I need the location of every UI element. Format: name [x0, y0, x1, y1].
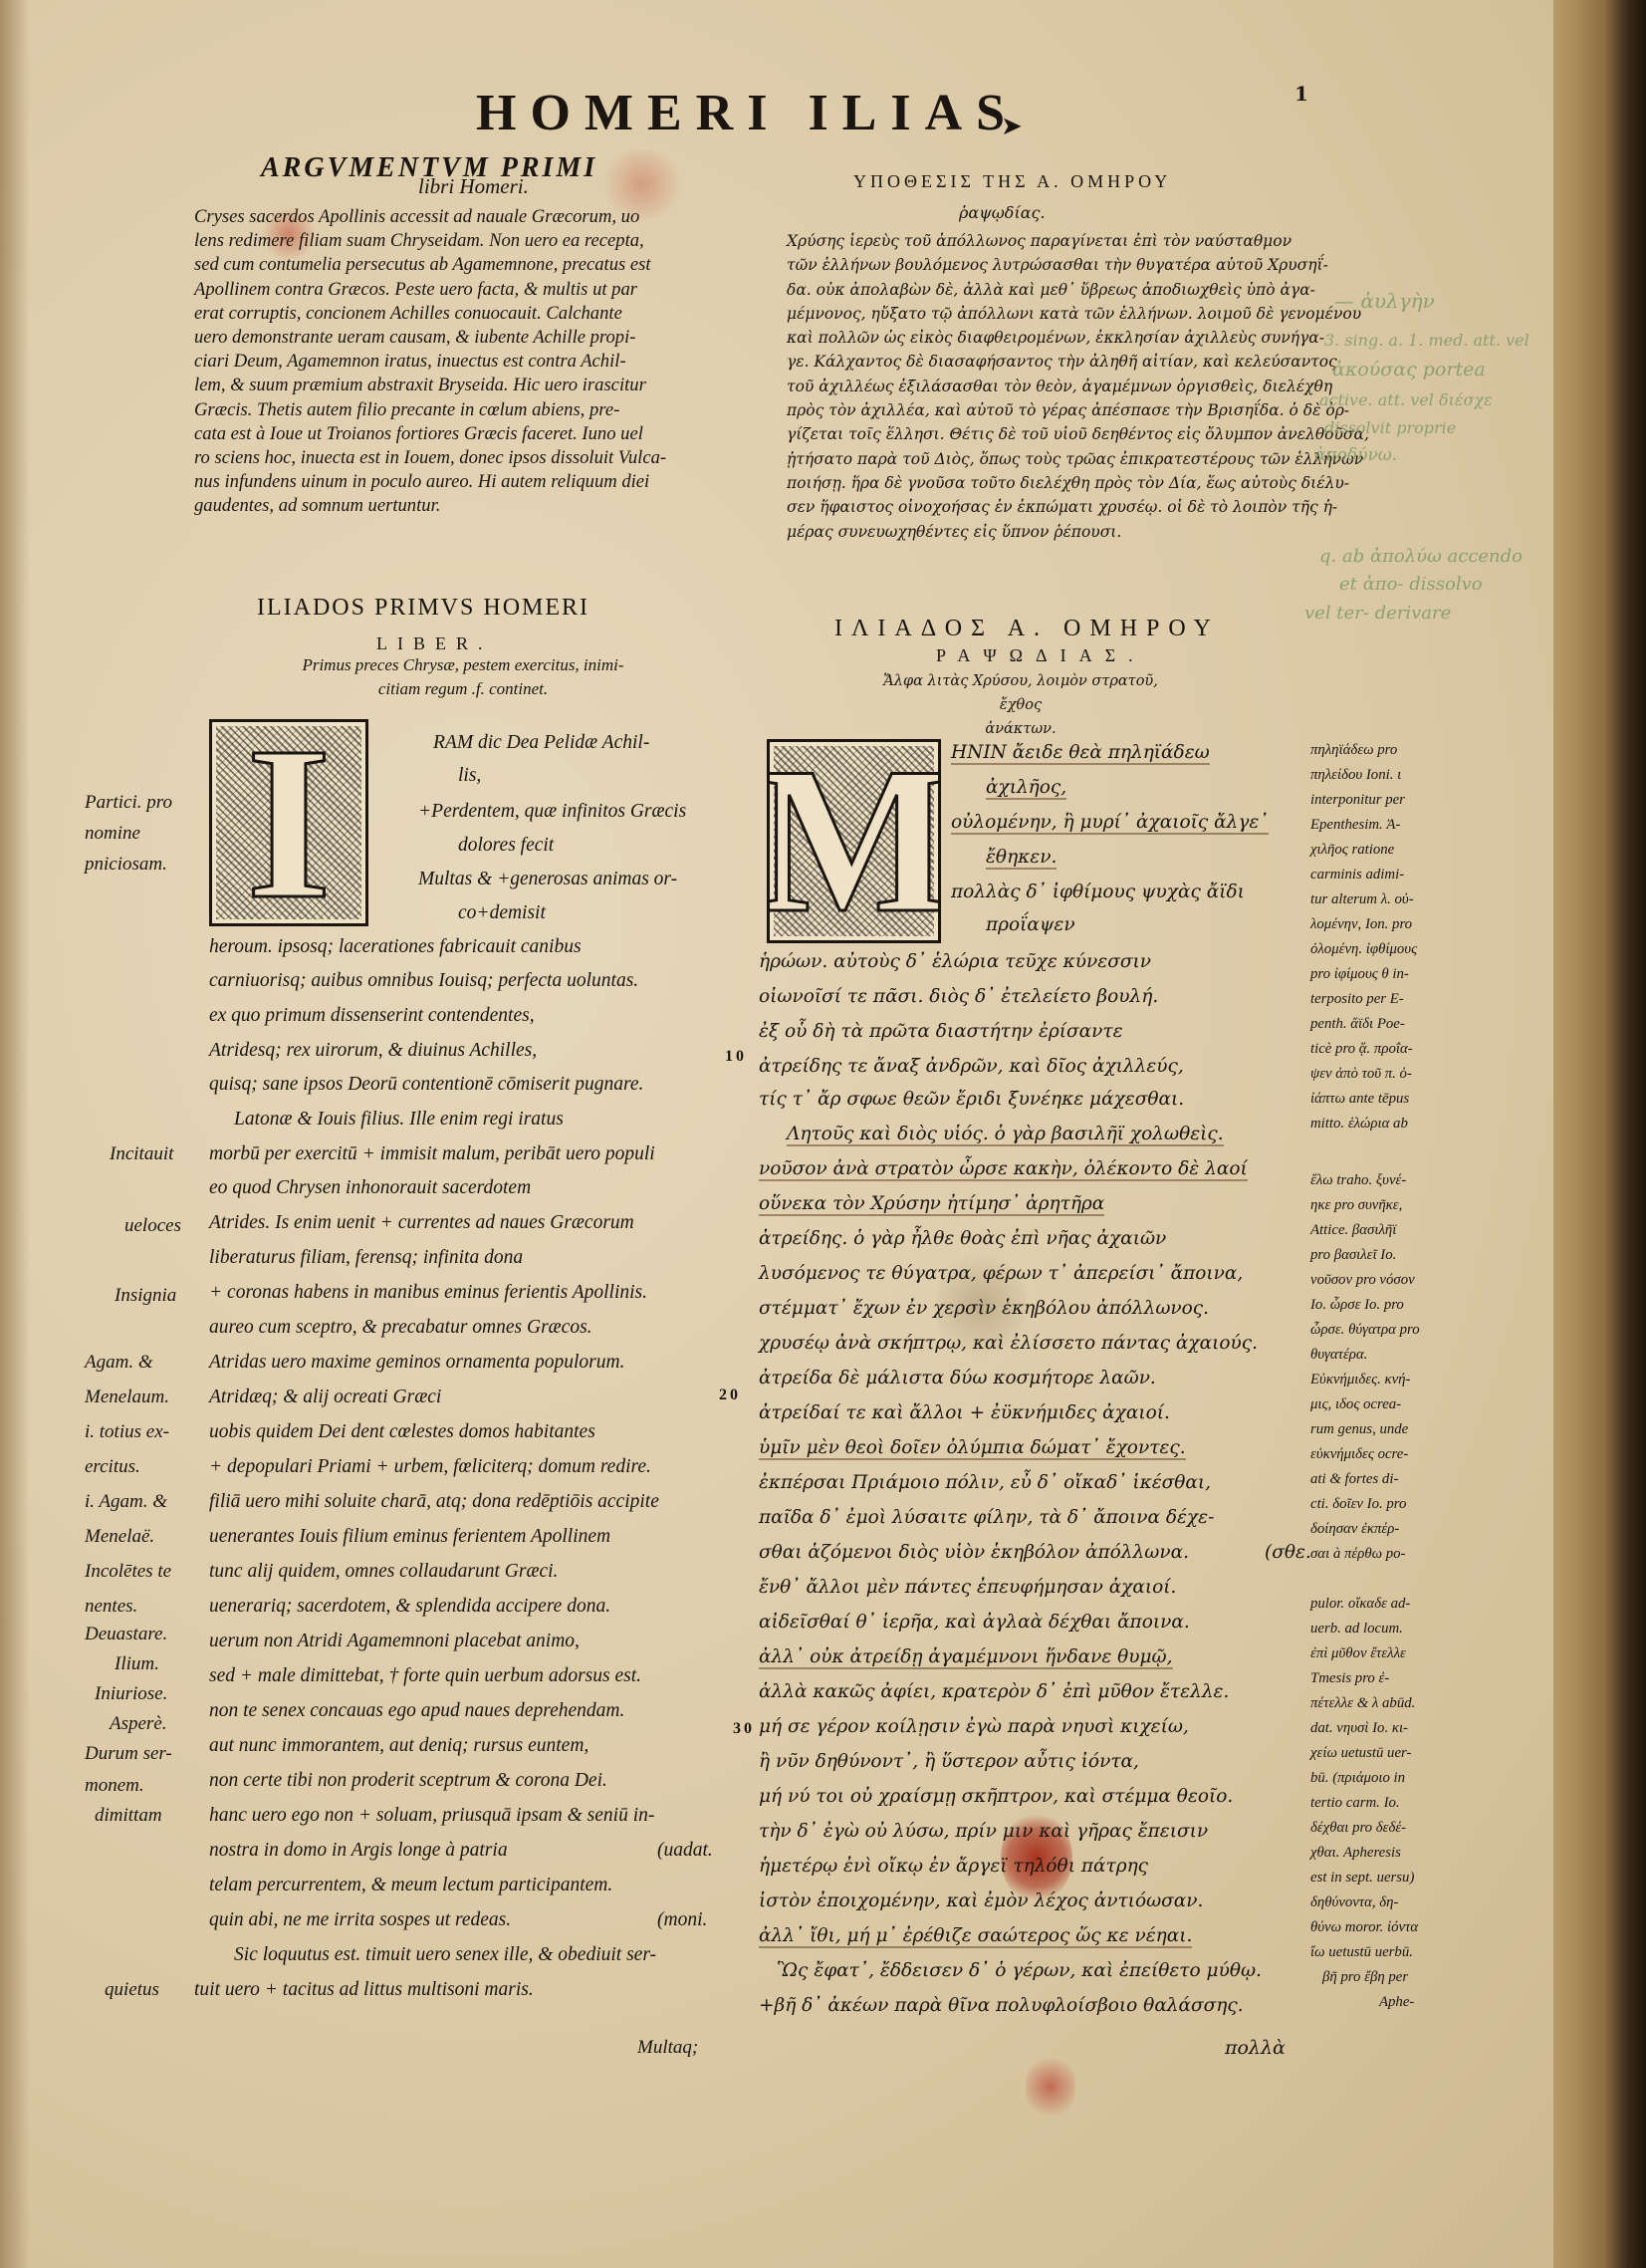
verse-line: quisq; sane ipsos Deorū contentionē cōmi…	[209, 1074, 643, 1096]
verse-line: ἱστὸν ἐποιχομένην, καὶ ἐμὸν λέχος ἀντιόω…	[759, 1890, 1203, 1911]
gloss-line: Incolētes te	[85, 1561, 171, 1583]
verse-turnover: (uadat.	[657, 1840, 713, 1862]
text-line: Græcis. Thetis autem filio precante in c…	[194, 398, 737, 422]
verse-line: ἢ νῦν δηθύνοντ᾽, ἢ ὕστερον αὖτις ἰόντα,	[759, 1751, 1139, 1772]
verse-line: uenerantes Iouis filium eminus ferientem…	[209, 1526, 610, 1548]
verse-line: + coronas habens in manibus eminus ferie…	[209, 1282, 647, 1304]
gloss-line: nomine	[85, 823, 140, 845]
greek-book-title: ΙΛΙΑΔΟΣ Α. ΟΜΗΡΟΥ	[834, 616, 1220, 642]
verse-line: οἰωνοῖσί τε πᾶσι. διὸς δ᾽ ἐτελείετο βουλ…	[759, 986, 1158, 1007]
gloss-line: dimittam	[95, 1805, 162, 1827]
gloss-line: θύνω moror. ἰόντα	[1310, 1919, 1418, 1936]
verse-line: aut nunc immorantem, aut deniq; rursus e…	[209, 1735, 588, 1757]
verse-line: ἡμετέρῳ ἐνὶ οἴκῳ ἐν ἄργεϊ τηλόθι πάτρης	[759, 1856, 1148, 1877]
gloss-line: ηκε pro συνῆκε,	[1310, 1197, 1402, 1214]
verse-line: + depopulari Priami + urbem, fœliciterq;…	[209, 1456, 651, 1478]
gloss-line: cti. δοῖεν Io. pro	[1310, 1496, 1406, 1513]
text-line: nus infundens uinum in poculo aureo. Hi …	[194, 470, 737, 494]
gloss-line: ati & fortes di-	[1310, 1471, 1398, 1488]
gloss-line: bū. (πριάμοιο in	[1310, 1770, 1405, 1787]
text-line: σεν ἥφαιστος οἰνοχοήσας ἐν ἐκπώματι χρυσ…	[787, 495, 1319, 519]
gloss-line: ticè pro ᾅ. προΐα-	[1310, 1041, 1413, 1058]
gloss-line: Io. ὦρσε Io. pro	[1310, 1297, 1404, 1314]
verse-line: tunc alij quidem, omnes collaudarunt Græ…	[209, 1561, 558, 1583]
gloss-line: ἐπὶ μῦθον ἔτελλε	[1310, 1645, 1406, 1662]
handwritten-note: dissolvit proprie	[1324, 418, 1456, 437]
latin-book-liber: LIBER.	[376, 633, 493, 654]
gloss-line: δοίησαν ἐκπέρ-	[1310, 1521, 1399, 1538]
verse-line: ἀχιλῆος,	[986, 777, 1066, 800]
verse-line: τὴν δ᾽ ἐγὼ οὐ λύσω, πρίν μιν καὶ γῆρας ἔ…	[759, 1821, 1208, 1842]
verse-line: νοῦσον ἀνὰ στρατὸν ὦρσε κακὴν, ὀλέκοντο …	[759, 1158, 1248, 1181]
latin-argument-subtitle: libri Homeri.	[418, 174, 529, 199]
gloss-line: est in sept. uersu)	[1310, 1870, 1414, 1887]
verse-line: tuit uero + tacitus ad littus multisoni …	[194, 1979, 534, 2001]
gloss-line: μις, ιδος ocrea-	[1310, 1396, 1401, 1413]
decorated-initial-I: I	[209, 719, 368, 926]
verse-line: Atridesq; rex uirorum, & diuinus Achille…	[209, 1040, 537, 1062]
gloss-line: πηλείδου Ioni. ι	[1310, 767, 1401, 784]
verse-line: carniuorisq; auibus omnibus Iouisq; perf…	[209, 970, 638, 992]
handwritten-note: ἀκούσας portea	[1332, 359, 1486, 380]
gloss-line: σαι à πέρθω po-	[1310, 1546, 1405, 1563]
verse-line: quin abi, ne me irrita sospes ut redeas.	[209, 1909, 511, 1931]
text-line: Primus preces Chrysæ, pestem exercitus, …	[204, 653, 722, 677]
handwritten-note: q. ab ἀπολύω accendo	[1319, 546, 1523, 567]
verse-line: Atridas uero maxime geminos ornamenta po…	[209, 1352, 624, 1374]
gloss-line: mitto. ἑλώρια ab	[1310, 1116, 1408, 1133]
gloss-line: Deuastare.	[85, 1624, 167, 1645]
gloss-line: Tmesis pro ἐ-	[1310, 1670, 1389, 1687]
text-line: γίζεται τοῖς ἕλλησι. Θέτις δὲ τοῦ υἱοῦ δ…	[787, 422, 1319, 446]
text-line: ᾐτήσατο παρὰ τοῦ Διὸς, ὅπως τοὺς τρῶας ἐ…	[787, 447, 1319, 471]
gloss-line: Durum ser-	[85, 1743, 172, 1765]
verse-line: ἀλλ᾽ ἴθι, μή μ᾽ ἐρέθιζε σαώτερος ὥς κε ν…	[759, 1925, 1192, 1948]
gloss-line: terposito per E-	[1310, 991, 1404, 1008]
verse-turnover: (σθε.	[1265, 1542, 1311, 1563]
text-line: sed cum contumelia persecutus ab Agamemn…	[194, 253, 737, 277]
verse-line: Sic loquutus est. timuit uero senex ille…	[234, 1944, 656, 1966]
gloss-line: Aphe-	[1379, 1994, 1414, 2011]
verse-line: αἰδεῖσθαί θ᾽ ἱερῆα, καὶ ἀγλαὰ δέχθαι ἄπο…	[759, 1612, 1190, 1633]
text-line: Apollinem contra Græcos. Peste uero fact…	[194, 278, 737, 302]
verse-line: Λητοῦς καὶ διὸς υἱός. ὁ γὰρ βασιλῆϊ χολω…	[787, 1124, 1224, 1146]
verse-line: ἀτρείδαί τε καὶ ἄλλοι + ἐϋκνήμιδες ἀχαιο…	[759, 1402, 1170, 1423]
text-line: ro sciens hoc, inuecta est in Iouem, don…	[194, 446, 737, 470]
gloss-line: Insignia	[115, 1285, 176, 1307]
text-line: πρὸς τὸν ἀχιλλέα, καὶ αὐτοῦ τὸ γέρας ἀπέ…	[787, 398, 1319, 422]
verse-line: non certe tibi non proderit sceptrum & c…	[209, 1770, 607, 1792]
verse-line: dolores fecit	[458, 835, 554, 857]
gloss-line: tur alterum λ. οὐ-	[1310, 891, 1414, 908]
gloss-line: ὀλομένη. ἰφθίμους	[1310, 941, 1417, 958]
verse-line: πολλὰς δ᾽ ἰφθίμους ψυχὰς ἄϊδι	[951, 882, 1245, 902]
verse-line: οὐλομένην, ἣ μυρί᾽ ἀχαιοῖς ἄλγε᾽	[951, 812, 1269, 835]
gloss-line: χιλῆος ratione	[1310, 842, 1394, 859]
gloss-line: uerb. ad locum.	[1310, 1621, 1403, 1638]
gloss-line: Incitauit	[110, 1143, 173, 1165]
verse-line: οὕνεκα τὸν Χρύσην ἠτίμησ᾽ ἀρητῆρα	[759, 1193, 1104, 1216]
verse-line: στέμματ᾽ ἔχων ἐν χερσὶν ἑκηβόλου ἀπόλλων…	[759, 1298, 1209, 1319]
gloss-line: πηληϊάδεω pro	[1310, 742, 1397, 759]
gloss-line: ercitus.	[85, 1456, 140, 1478]
verse-line: Atridæq; & alij ocreati Græci	[209, 1386, 441, 1408]
verse-line: eo quod Chrysen inhonorauit sacerdotem	[209, 1177, 531, 1199]
gloss-line: i. totius ex-	[85, 1421, 169, 1443]
verse-line: +Perdentem, quæ infinitos Græcis	[418, 801, 686, 823]
greek-book-summary: Ἄλφα λιτὰς Χρύσου, λοιμὸν στρατοῦ, ἔχθος…	[866, 669, 1175, 741]
gloss-line: Asperè.	[110, 1713, 167, 1735]
running-head-mark: ➤	[1001, 112, 1023, 141]
gloss-line: ἕλω traho. ξυνέ-	[1310, 1172, 1406, 1189]
text-line: μέρας συνευωχηθέντες εἰς ὕπνον ῥέπουσι.	[787, 520, 1319, 544]
verse-line: προΐαψεν	[986, 914, 1075, 935]
text-line: ἀνάκτων.	[866, 717, 1175, 741]
verse-line: +βῆ δ᾽ ἀκέων παρὰ θῖνα πολυφλοίσβοιο θαλ…	[759, 1995, 1244, 2016]
verse-line: aureo cum sceptro, & precabatur omnes Gr…	[209, 1317, 592, 1339]
verse-line: lis,	[458, 765, 481, 787]
gloss-line: νοῦσον pro νόσον	[1310, 1272, 1415, 1289]
gloss-line: pulor. οἴκαδε ad-	[1310, 1596, 1410, 1613]
verse-line: ἀτρείδης. ὁ γὰρ ἦλθε θοὰς ἐπὶ νῆας ἀχαιῶ…	[759, 1228, 1166, 1249]
text-line: Ἄλφα λιτὰς Χρύσου, λοιμὸν στρατοῦ, ἔχθος	[866, 669, 1175, 717]
verse-turnover: (moni.	[657, 1909, 707, 1931]
gloss-line: λομένην, Ion. pro	[1310, 916, 1412, 933]
verse-line: χρυσέῳ ἀνὰ σκήπτρῳ, καὶ ἐλίσσετο πάντας …	[759, 1333, 1258, 1354]
greek-catchword: πολλὰ	[1225, 2037, 1286, 2059]
gloss-line: ψεν ἀπὸ τοῦ π. ὁ-	[1310, 1066, 1412, 1083]
gloss-line: βῆ pro ἔβη per	[1322, 1969, 1408, 1986]
text-line: Χρύσης ἱερεὺς τοῦ ἀπόλλωνος παραγίνεται …	[787, 229, 1319, 253]
text-line: ciari Deum, Agamemnon iratus, inuectus e…	[194, 350, 737, 374]
greek-argument-subtitle: ῥαψῳδίας.	[959, 203, 1046, 222]
text-line: lem, & suum præmium abstraxit Bryseida. …	[194, 374, 737, 397]
verse-line: μή νύ τοι οὐ χραίσμῃ σκῆπτρον, καὶ στέμμ…	[759, 1786, 1233, 1807]
verse-line: hanc uero ego non + soluam, priusquā ips…	[209, 1805, 654, 1827]
verse-line: λυσόμενος τε θύγατρα, φέρων τ᾽ ἀπερείσι᾽…	[759, 1263, 1243, 1284]
line-number: 10	[725, 1048, 747, 1066]
text-line: τῶν ἑλλήνων βουλόμενος λυτρώσασθαι τὴν θ…	[787, 253, 1319, 277]
gloss-line: Attice. βασιλῆϊ	[1310, 1222, 1396, 1239]
gloss-line: dat. νηυσὶ Io. κι-	[1310, 1720, 1408, 1737]
gloss-line: carminis adimi-	[1310, 867, 1404, 883]
text-line: δα. οὐκ ἀπολαβὼν δὲ, ἀλλὰ καὶ μεθ᾽ ὕβρεω…	[787, 278, 1319, 302]
text-line: γε. Κάλχαντος δὲ διασαφήσαντος τὴν ἀληθῆ…	[787, 350, 1319, 374]
text-line: ποιήσῃ. ἥρα δὲ γνοῦσα τοῦτο διελέχθη πρὸ…	[787, 471, 1319, 495]
verse-line: τίς τ᾽ ἄρ σφωε θεῶν ἔριδι ξυνέηκε μάχεσθ…	[759, 1089, 1184, 1110]
line-number: 20	[719, 1386, 741, 1404]
verse-line: σθαι ἁζόμενοι διὸς υἱὸν ἑκηβόλον ἀπόλλων…	[759, 1542, 1189, 1563]
gloss-line: pro ἰφίμους θ in-	[1310, 966, 1409, 983]
verse-line: morbū per exercitū + immisit malum, peri…	[209, 1143, 655, 1165]
verse-line: Multas & +generosas animas or-	[418, 869, 677, 890]
gloss-line: εὐκνήμιδες ocre-	[1310, 1446, 1408, 1463]
verse-line: ἀτρείδης τε ἄναξ ἀνδρῶν, καὶ δῖος ἀχιλλε…	[759, 1056, 1184, 1077]
greek-argument-body: Χρύσης ἱερεὺς τοῦ ἀπόλλωνος παραγίνεται …	[787, 229, 1319, 544]
gloss-line: i. Agam. &	[85, 1491, 167, 1513]
verse-line: παῖδα δ᾽ ἐμοὶ λύσαιτε φίλην, τὰ δ᾽ ἄποιν…	[759, 1507, 1214, 1528]
gloss-line: ὦρσε. θύγατρα pro	[1310, 1322, 1420, 1339]
gloss-line: θυγατέρα.	[1310, 1347, 1367, 1364]
gloss-line: nentes.	[85, 1596, 137, 1618]
line-number: 30	[733, 1720, 755, 1738]
gloss-line: Menelaum.	[85, 1386, 169, 1408]
gloss-line: quietus	[105, 1979, 159, 2001]
folio-number: 1	[1294, 82, 1308, 106]
handwritten-note: 3. sing. a. 1. med. att. vel	[1324, 331, 1529, 350]
handwritten-note: active. att. vel διέσχε	[1319, 390, 1493, 409]
gloss-line: Agam. &	[85, 1352, 153, 1374]
verse-line: ἀλλὰ κακῶς ἀφίει, κρατερὸν δ᾽ ἐπὶ μῦθον …	[759, 1681, 1229, 1702]
greek-argument-title: ΥΠΟΘΕΣΙΣ ΤΗΣ Α. ΟΜΗΡΟΥ	[853, 171, 1171, 192]
handwritten-note: ἀποδύνω.	[1314, 445, 1397, 465]
book-fore-edge	[1553, 0, 1646, 2268]
verse-line: ἐξ οὗ δὴ τὰ πρῶτα διαστήτην ἐρίσαντε	[759, 1021, 1123, 1042]
handwritten-note: — ἀυλγὴν	[1334, 289, 1435, 313]
gloss-line: χθαι. Apheresis	[1310, 1845, 1401, 1862]
gloss-line: Epenthesim. Ἀ-	[1310, 817, 1400, 834]
verse-line: heroum. ipsosq; lacerationes fabricauit …	[209, 936, 582, 958]
verse-line: uobis quidem Dei dent cœlestes domos hab…	[209, 1421, 595, 1443]
handwritten-note: vel ter- derivare	[1304, 603, 1451, 624]
text-line: τοῦ ἀχιλλέως ἐξιλάσασθαι τὸν θεὸν, ἀγαμέ…	[787, 375, 1319, 398]
gloss-line: rum genus, unde	[1310, 1421, 1408, 1438]
text-line: Cryses sacerdos Apollinis accessit ad na…	[194, 205, 737, 229]
text-line: lens redimere filiam suam Chryseidam. No…	[194, 229, 737, 253]
verse-line: liberaturus filiam, ferensq; infinita do…	[209, 1247, 523, 1269]
verse-line: uenerariq; sacerdotem, & splendida accip…	[209, 1596, 610, 1618]
gloss-line: Menelaë.	[85, 1526, 154, 1548]
greek-book-subtitle: ΡΑΨΩΔΙΑΣ.	[936, 645, 1146, 666]
text-line: cata est à Ioue ut Troianos fortiores Gr…	[194, 422, 737, 446]
gloss-line: ἰάπτω ante tēpus	[1310, 1091, 1409, 1108]
gloss-line: pniciosam.	[85, 854, 167, 876]
gloss-line: ἴω uetustū uerbū.	[1310, 1944, 1413, 1961]
text-line: citiam regum .f. continet.	[204, 677, 722, 701]
gloss-line: Partici. pro	[85, 792, 172, 814]
gloss-line: pro βασιλεῖ Io.	[1310, 1247, 1396, 1264]
verse-line: ἀτρείδα δὲ μάλιστα δύω κοσμήτορε λαῶν.	[759, 1368, 1156, 1388]
verse-line: ἡρώων. αὐτοὺς δ᾽ ἑλώρια τεῦχε κύνεσσιν	[759, 951, 1151, 972]
text-line: uero demonstrante ueram causam, & iubent…	[194, 326, 737, 350]
text-line: gaudentes, ad somnum uertuntur.	[194, 494, 737, 518]
gloss-line: monem.	[85, 1775, 144, 1797]
gloss-line: ueloces	[124, 1215, 181, 1237]
verse-line: ex quo primum dissenserint contendentes,	[209, 1005, 535, 1027]
handwritten-note: et ἀπο- dissolvo	[1339, 574, 1483, 595]
verse-line: telam percurrentem, & meum lectum partic…	[209, 1875, 612, 1896]
gloss-line: tertio carm. Io.	[1310, 1795, 1400, 1812]
verse-line: filiā uero mihi soluite charā, atq; dona…	[209, 1491, 659, 1513]
latin-book-summary: Primus preces Chrysæ, pestem exercitus, …	[204, 653, 722, 701]
verse-line: ὑμῖν μὲν θεοὶ δοῖεν ὀλύμπια δώματ᾽ ἔχοντ…	[759, 1437, 1186, 1460]
verse-line: Atrides. Is enim uenit + currentes ad na…	[209, 1212, 634, 1234]
gloss-line: πέτελλε & λ abūd.	[1310, 1695, 1415, 1712]
text-line: καὶ πολλῶν ὡς εἰκὸς διαφθειρομένων, ἐκκλ…	[787, 326, 1319, 350]
gloss-line: penth. ἄϊδι Poe-	[1310, 1016, 1405, 1033]
gloss-line: Εὐκνήμιδες. κνή-	[1310, 1372, 1410, 1388]
gloss-line: Iniuriose.	[95, 1683, 167, 1705]
text-line: erat corruptis, concionem Achilles conuo…	[194, 302, 737, 326]
verse-line: non te senex concauas ego apud naues dep…	[209, 1700, 624, 1722]
verse-line: ΗΝΙΝ ἄειδε θεὰ πηληϊάδεω	[951, 742, 1210, 765]
verse-line: ἔνθ᾽ ἄλλοι μὲν πάντες ἐπευφήμησαν ἀχαιοί…	[759, 1577, 1176, 1598]
verse-line: ἔθηκεν.	[986, 847, 1057, 870]
gloss-line: χείω uetustū uer-	[1310, 1745, 1411, 1762]
latin-book-title: ILIADOS PRIMVS HOMERI	[257, 595, 589, 622]
verse-line: nostra in domo in Argis longe à patria	[209, 1840, 508, 1862]
gloss-line: δηθύνοντα, δη-	[1310, 1894, 1398, 1911]
gloss-line: δέχθαι pro δεδέ-	[1310, 1820, 1406, 1837]
verse-line: ἀλλ᾽ οὐκ ἀτρείδῃ ἀγαμέμνονι ἥνδανε θυμῷ,	[759, 1646, 1173, 1669]
verse-line: RAM dic Dea Pelidæ Achil-	[433, 732, 649, 754]
gloss-line: interponitur per	[1310, 792, 1405, 809]
verse-line: co+demisit	[458, 902, 546, 924]
text-line: μέμνονος, ηὔξατο τῷ ἀπόλλωνι κατὰ τῶν ἑλ…	[787, 302, 1319, 326]
latin-argument-body: Cryses sacerdos Apollinis accessit ad na…	[194, 205, 737, 519]
verse-line: sed + male dimittebat, † forte quin uerb…	[209, 1665, 641, 1687]
verse-line: Ὣς ἔφατ᾽, ἔδδεισεν δ᾽ ὁ γέρων, καὶ ἐπείθ…	[777, 1960, 1262, 1981]
verse-line: uerum non Atridi Agamemnoni placebat ani…	[209, 1631, 580, 1652]
gutter-shadow	[0, 0, 30, 2268]
latin-catchword: Multaq;	[637, 2037, 698, 2059]
decorated-initial-M: M	[767, 739, 941, 943]
verse-line: Latonæ & Iouis filius. Ille enim regi ir…	[234, 1109, 564, 1131]
gloss-line: Ilium.	[115, 1653, 159, 1675]
verse-line: ἐκπέρσαι Πριάμοιο πόλιν, εὖ δ᾽ οἴκαδ᾽ ἱκ…	[759, 1472, 1211, 1493]
running-head: HOMERI ILIAS	[476, 84, 1019, 142]
verse-line: μή σε γέρον κοίλῃσιν ἐγὼ παρὰ νηυσὶ κιχε…	[759, 1716, 1189, 1737]
